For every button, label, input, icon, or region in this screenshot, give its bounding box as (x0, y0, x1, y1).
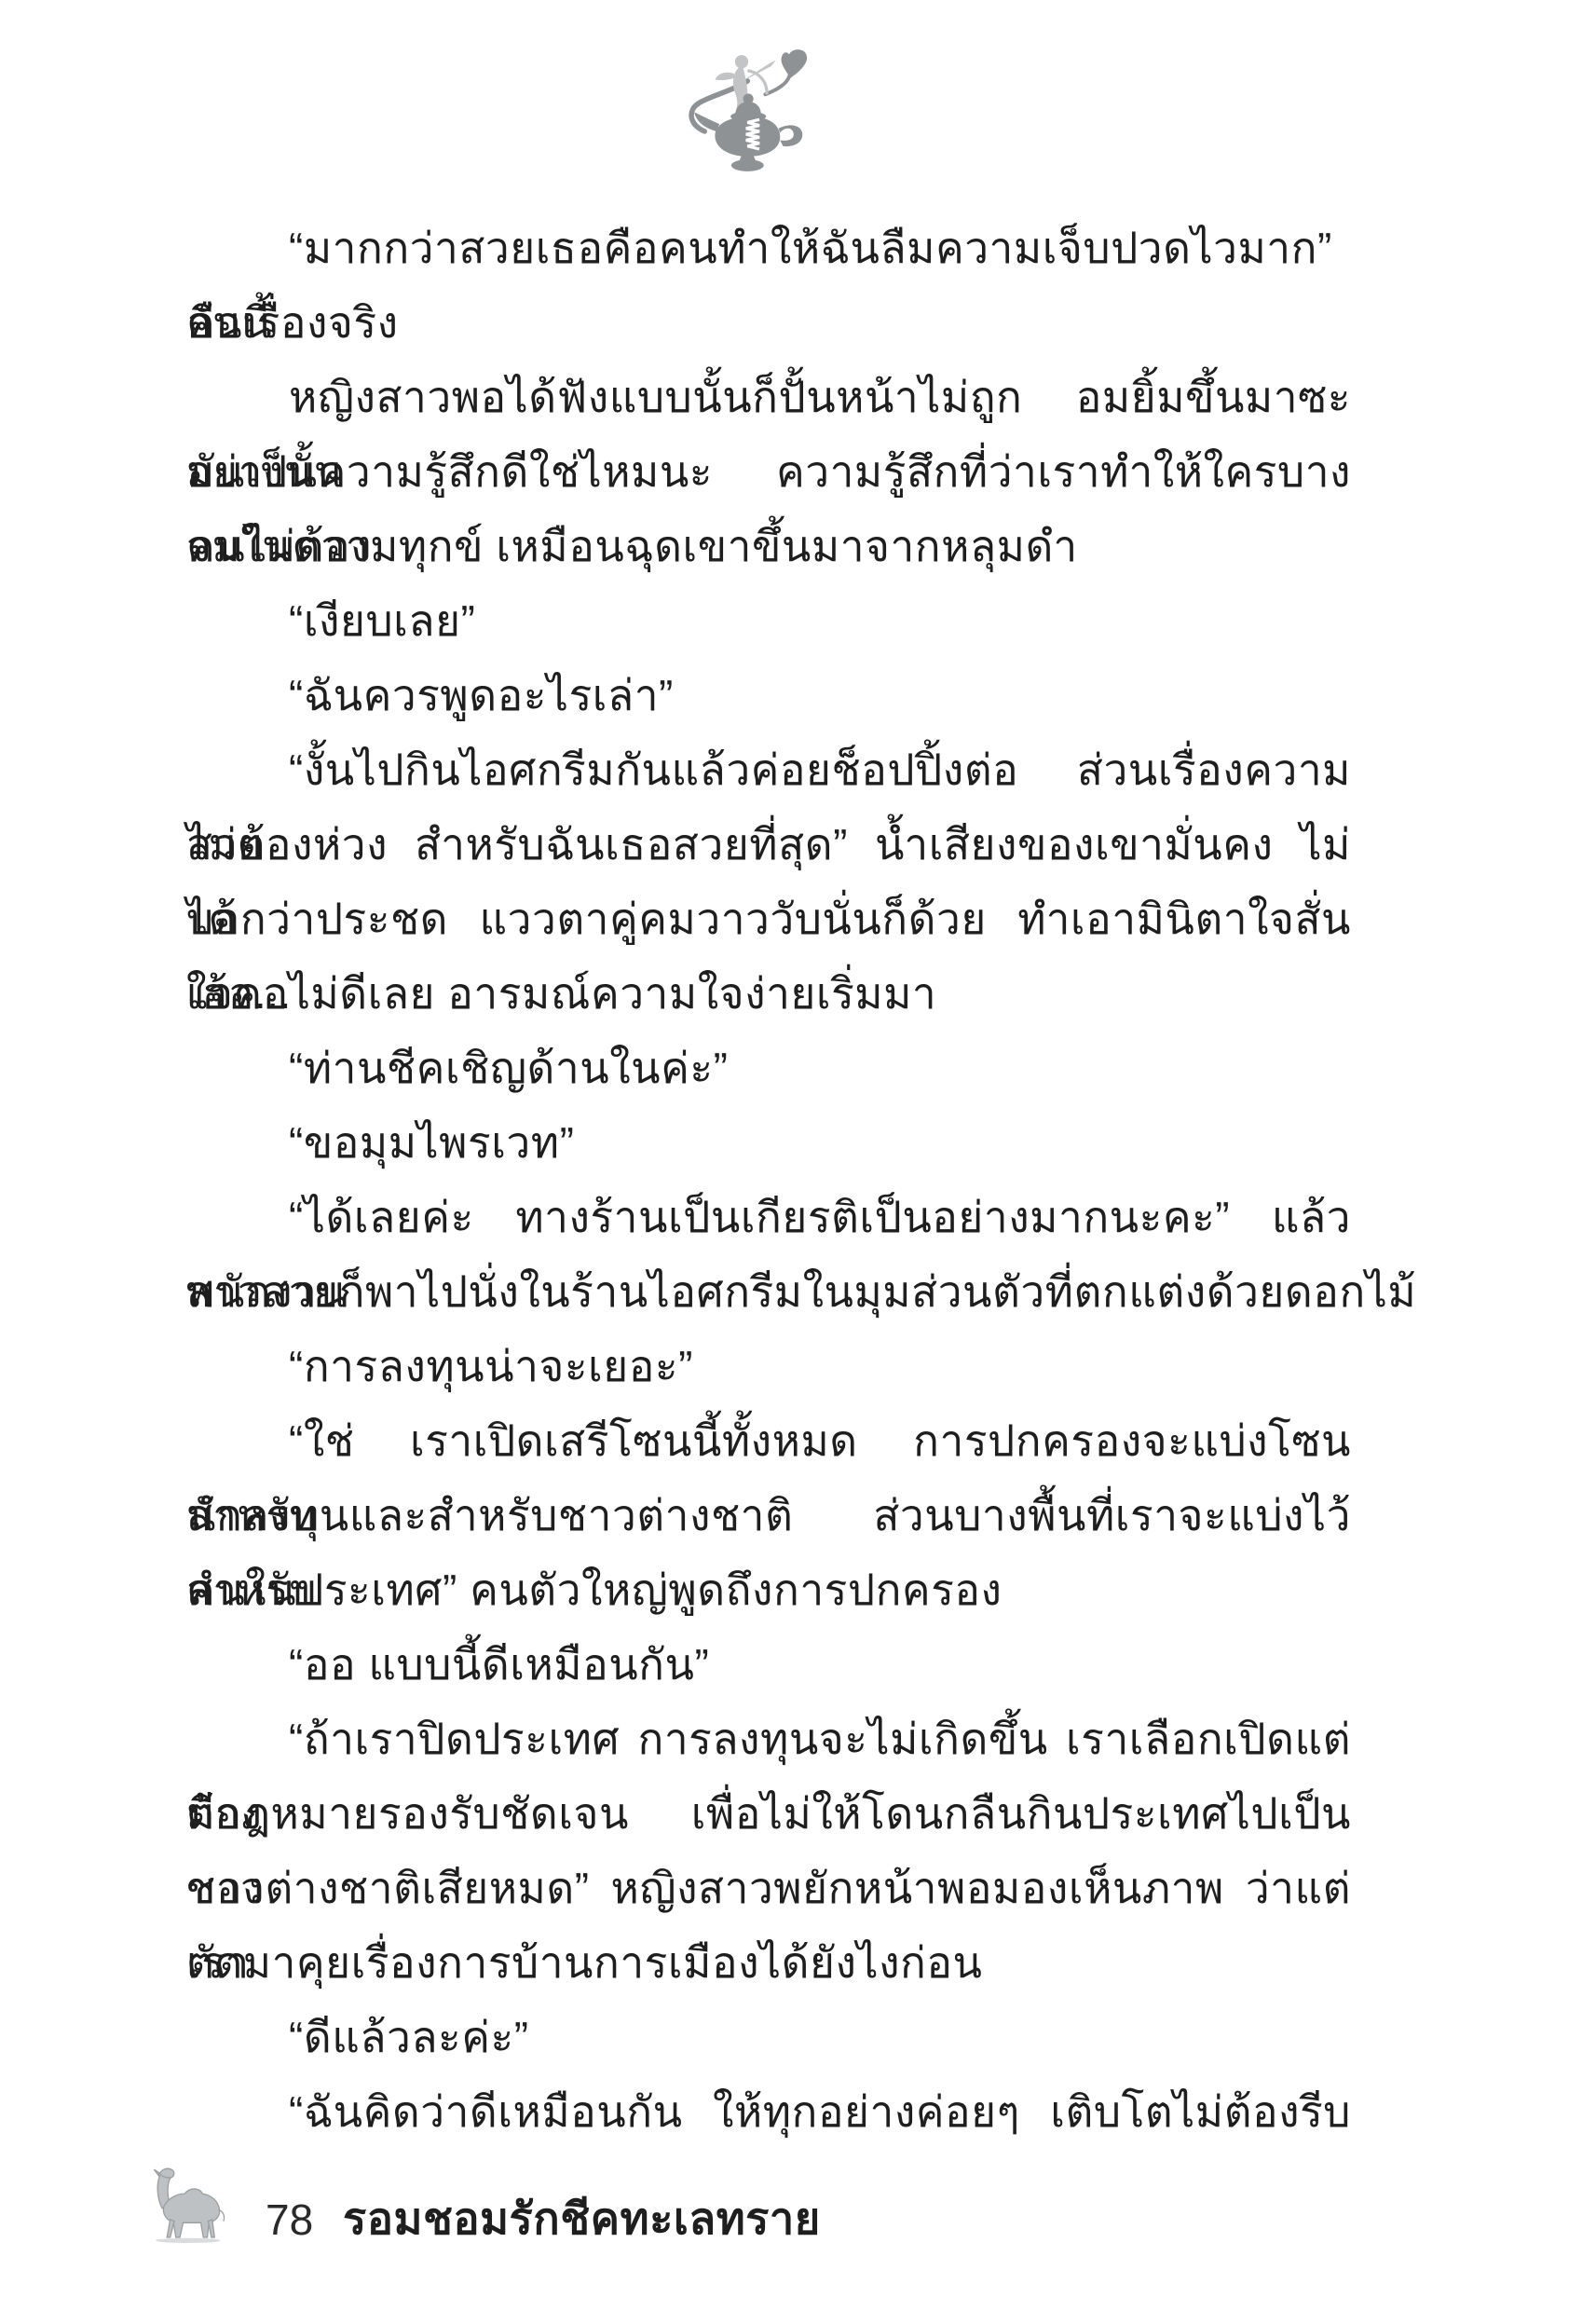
text-line: “เงียบเลย” (186, 583, 1351, 658)
text-line: “งั้นไปกินไอศกรีมกันแล้วค่อยช็อปปิ้งต่อ … (186, 732, 1351, 807)
text-line: “ใช่ เราเปิดเสรีโซนนี้ทั้งหมด การปกครองจ… (186, 1403, 1351, 1478)
book-page: “มากกว่าสวยเธอคือคนทำให้ฉันลืมความเจ็บปว… (0, 0, 1596, 2311)
text-line: หญิงสาวพอได้ฟังแบบนั้นก็ปั้นหน้าไม่ถูก อ… (186, 360, 1351, 434)
text-line: คือเรื่องจริง (186, 285, 1351, 360)
text-line: นักลงทุนและสำหรับชาวต่างชาติ ส่วนบางพื้น… (186, 1478, 1351, 1552)
cupid-genie-lamp-ornament-icon (674, 48, 827, 174)
book-title: รอมชอมรักชีคทะเลทราย (343, 2188, 821, 2249)
text-line: “ได้เลยค่ะ ทางร้านเป็นเกียรติเป็นอย่างมา… (186, 1180, 1351, 1254)
page-footer: 78 รอมชอมรักชีคทะเลทราย (0, 2160, 1596, 2263)
text-line: ตัดมาคุยเรื่องการบ้านการเมืองได้ยังไงก่อ… (186, 1925, 1351, 2000)
page-text: “มากกว่าสวยเธอคือคนทำให้ฉันลืมความเจ็บปว… (186, 211, 1351, 2149)
page-number: 78 (266, 2192, 313, 2248)
text-line: มีกฎหมายรองรับชัดเจน เพื่อไม่ให้โดนกลืนก… (186, 1776, 1351, 1851)
text-line: “ออ แบบนี้ดีเหมือนกัน” (186, 1627, 1351, 1702)
text-line: จมในความทุกข์ เหมือนฉุดเขาขึ้นมาจากหลุมด… (186, 509, 1351, 583)
text-line: “ขอมุมไพรเวท” (186, 1105, 1351, 1180)
text-line: ไม่ต้องห่วง สำหรับฉันเธอสวยที่สุด” น้ำเส… (186, 807, 1351, 882)
text-line: “การลงทุนน่าจะเยอะ” (186, 1329, 1351, 1403)
text-line: “มากกว่าสวยเธอคือคนทำให้ฉันลืมความเจ็บปว… (186, 211, 1351, 285)
text-line: บอกว่าประชด แววตาคู่คมวาววับนั่นก็ด้วย ท… (186, 882, 1351, 956)
text-line: “ฉันควรพูดอะไรเล่า” (186, 658, 1351, 732)
text-line: ใจคอไม่ดีเลย อารมณ์ความใจง่ายเริ่มมา (186, 956, 1351, 1031)
text-line: ชาวต่างชาติเสียหมด” หญิงสาวพยักหน้าพอมอง… (186, 1851, 1351, 1925)
text-line: คนในประเทศ” คนตัวใหญ่พูดถึงการปกครอง (186, 1552, 1351, 1627)
text-line: “ฉันคิดว่าดีเหมือนกัน ให้ทุกอย่างค่อยๆ เ… (186, 2074, 1351, 2149)
text-line: “ถ้าเราปิดประเทศ การลงทุนจะไม่เกิดขึ้น เ… (186, 1702, 1351, 1776)
text-line: “ท่านชีคเชิญด้านในค่ะ” (186, 1031, 1351, 1105)
text-line: มันเป็นความรู้สึกดีใช่ไหมนะ ความรู้สึกที… (186, 434, 1351, 509)
text-line: สาวสวยก็พาไปนั่งในร้านไอศกรีมในมุมส่วนตั… (186, 1254, 1351, 1329)
camel-icon (138, 2164, 235, 2249)
text-line: “ดีแล้วละค่ะ” (186, 2000, 1351, 2074)
